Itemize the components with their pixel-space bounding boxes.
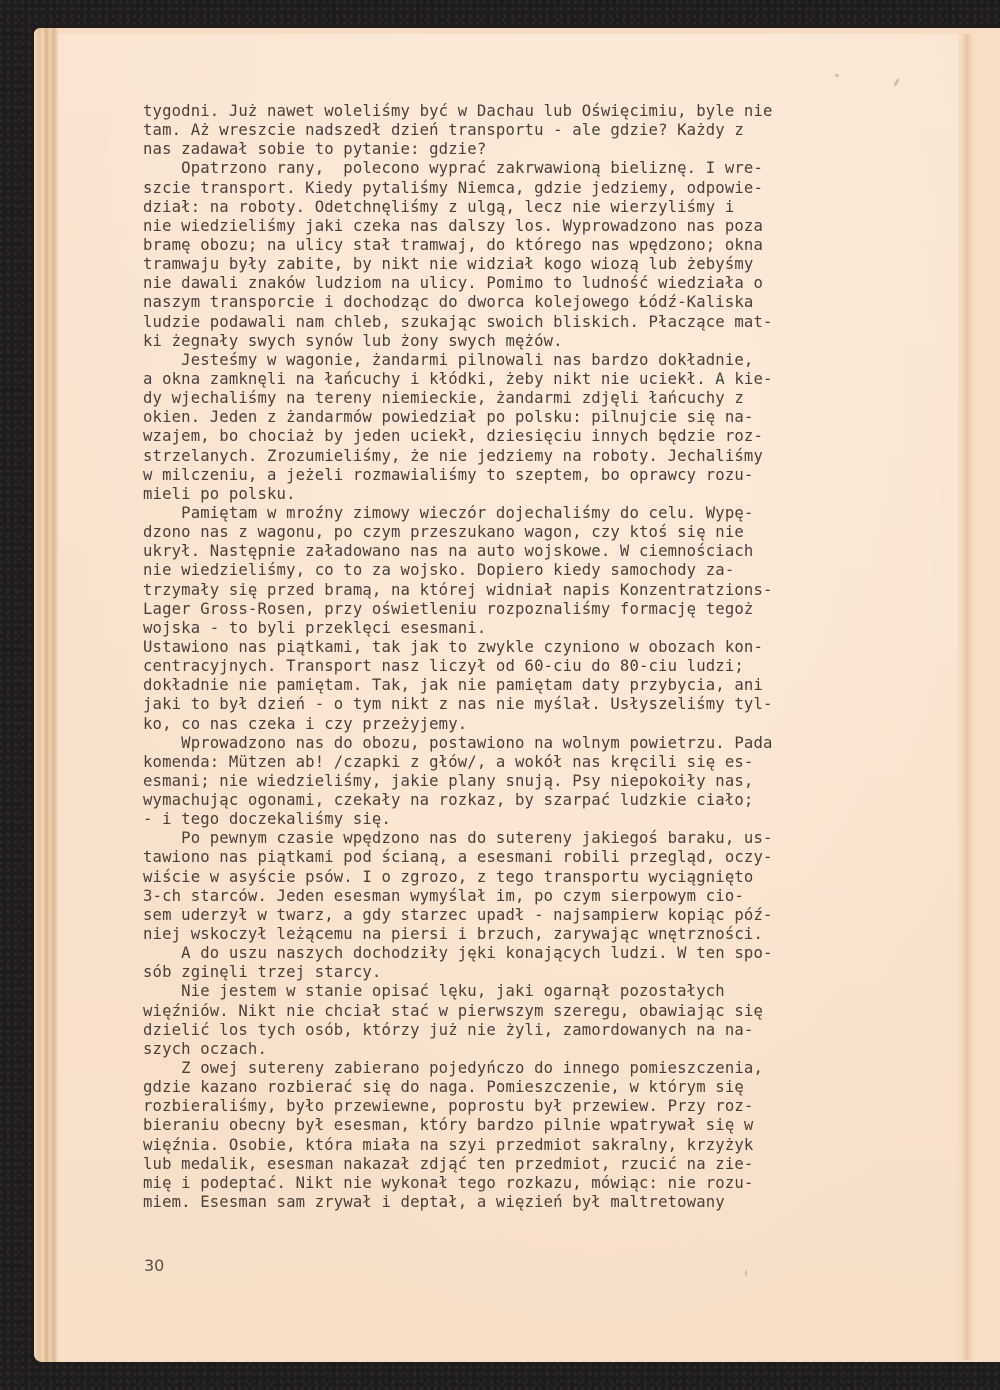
book-gutter [962,34,976,1360]
text-line: wymachując ogonami, czekały na rozkaz, b… [143,791,933,810]
paper-speck [835,74,839,77]
text-line: strzelanych. Zrozumieliśmy, że nie jedzi… [143,447,933,466]
text-line: lub medalik, esesman nakazał zdjąć ten p… [143,1155,933,1174]
text-line: Pamiętam w mroźny zimowy wieczór dojecha… [143,504,933,523]
text-line: tramwaju były zabite, by nikt nie widzia… [143,255,933,274]
text-line: szych oczach. [143,1040,933,1059]
text-line: dokładnie nie pamiętam. Tak, jak nie pam… [143,676,933,695]
text-line: nas zadawał sobie to pytanie: gdzie? [143,140,933,159]
text-line: Po pewnym czasie wpędzono nas do suteren… [143,829,933,848]
page-number: 30 [144,1256,164,1275]
text-line: szcie transport. Kiedy pytaliśmy Niemca,… [143,179,933,198]
text-line: dzono nas z wagonu, po czym przeszukano … [143,523,933,542]
text-line: Wprowadzono nas do obozu, postawiono na … [143,734,933,753]
text-line: okien. Jeden z żandarmów powiedział po p… [143,408,933,427]
text-line: a okna zamknęli na łańcuchy i kłódki, że… [143,370,933,389]
text-line: dzielić los tych osób, którzy już nie ży… [143,1021,933,1040]
text-line: więźniów. Nikt nie chciał stać w pierwsz… [143,1002,933,1021]
text-line: A do uszu naszych dochodziły jęki konają… [143,944,933,963]
text-line: esmani; nie wiedzieliśmy, jakie plany sn… [143,772,933,791]
text-line: komenda: Mützen ab! /czapki z głów/, a w… [143,753,933,772]
text-line: ko, co nas czeka i czy przeżyjemy. [143,715,933,734]
text-line: dział: na roboty. Odetchnęliśmy z ulgą, … [143,198,933,217]
text-line: ludzie podawali nam chleb, szukając swoi… [143,313,933,332]
text-line: Ustawiono nas piątkami, tak jak to zwykl… [143,638,933,657]
text-line: dy wjechaliśmy na tereny niemieckie, żan… [143,389,933,408]
text-line: więźnia. Osobie, która miała na szyi prz… [143,1136,933,1155]
body-text: tygodni. Już nawet woleliśmy być w Dacha… [143,102,933,1212]
text-line: miem. Esesman sam zrywał i deptał, a wię… [143,1193,933,1212]
paper-speck [745,1270,747,1276]
text-line: wiście w asyście psów. I o zgrozo, z teg… [143,868,933,887]
text-line: ki żegnały swych synów lub żony swych mę… [143,332,933,351]
text-line: nie wiedzieliśmy jaki czeka nas dalszy l… [143,217,933,236]
text-line: nie wiedzieliśmy, co to za wojsko. Dopie… [143,561,933,580]
text-line: gdzie kazano rozbierać się do naga. Pomi… [143,1078,933,1097]
text-line: centracyjnych. Transport nasz liczył od … [143,657,933,676]
text-line: 3-ch starców. Jeden esesman wymyślał im,… [143,887,933,906]
text-line: w milczeniu, a jeżeli rozmawialiśmy to s… [143,466,933,485]
text-line: tam. Aż wreszcie nadszedł dzień transpor… [143,121,933,140]
text-line: jaki to był dzień - o tym nikt z nas nie… [143,695,933,714]
text-line: Opatrzono rany, polecono wyprać zakrwawi… [143,159,933,178]
text-line: tawiono nas piątkami pod ścianą, a esesm… [143,848,933,867]
text-line: mieli po polsku. [143,485,933,504]
text-line: trzymały się przed bramą, na której widn… [143,581,933,600]
text-line: Z owej sutereny zabierano pojedyńczo do … [143,1059,933,1078]
text-line: naszym transporcie i dochodząc do dworca… [143,293,933,312]
text-line: wojska - to byli przeklęci esesmani. [143,619,933,638]
text-line: ukrył. Następnie załadowano nas na auto … [143,542,933,561]
text-line: sób zginęli trzej starcy. [143,963,933,982]
text-line: tygodni. Już nawet woleliśmy być w Dacha… [143,102,933,121]
text-line: wzajem, bo chociaż by jeden uciekł, dzie… [143,427,933,446]
text-line: - i tego doczekaliśmy się. [143,810,933,829]
text-line: Nie jestem w stanie opisać lęku, jaki og… [143,982,933,1001]
text-line: rozbieraliśmy, było przewiewne, poprostu… [143,1097,933,1116]
text-line: Jesteśmy w wagonie, żandarmi pilnowali n… [143,351,933,370]
facing-page-edge [976,30,1000,1360]
text-line: bieraniu obecny był esesman, który bardz… [143,1116,933,1135]
text-line: sem uderzył w twarz, a gdy starzec upadł… [143,906,933,925]
text-line: mię i podeptać. Nikt nie wykonał tego ro… [143,1174,933,1193]
text-line: nie dawali znaków ludziom na ulicy. Pomi… [143,274,933,293]
text-line: Lager Gross-Rosen, przy oświetleniu rozp… [143,600,933,619]
text-line: bramę obozu; na ulicy stał tramwaj, do k… [143,236,933,255]
text-line: niej wskoczył leżącemu na piersi i brzuc… [143,925,933,944]
